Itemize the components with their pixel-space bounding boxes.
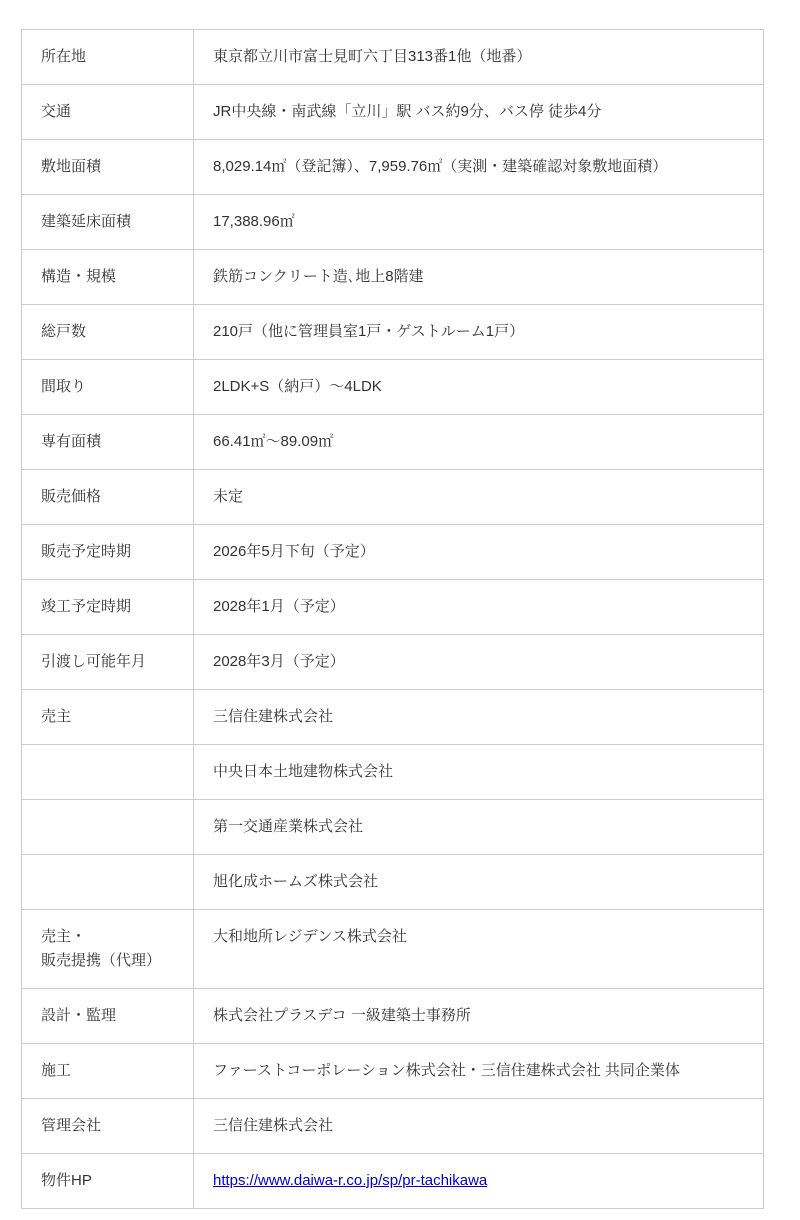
row-label: 竣工予定時期 [22, 580, 194, 634]
table-row: 管理会社三信住建株式会社 [22, 1099, 763, 1154]
row-label: 販売価格 [22, 470, 194, 524]
property-details-table: 所在地東京都立川市富士見町六丁目313番1他（地番）交通JR中央線・南武線「立川… [21, 29, 764, 1209]
row-value: 8,029.14㎡（登記簿）、7,959.76㎡（実測・建築確認対象敷地面積） [194, 140, 763, 194]
row-value: 大和地所レジデンス株式会社 [194, 910, 763, 988]
table-row: 交通JR中央線・南武線「立川」駅 バス約9分、バス停 徒歩4分 [22, 85, 763, 140]
table-row: 売主三信住建株式会社 [22, 690, 763, 745]
table-row: 中央日本土地建物株式会社 [22, 745, 763, 800]
row-label: 交通 [22, 85, 194, 139]
table-row: 売主・ 販売提携（代理）大和地所レジデンス株式会社 [22, 910, 763, 989]
row-value: 三信住建株式会社 [194, 1099, 763, 1153]
table-row: 引渡し可能年月2028年3月（予定） [22, 635, 763, 690]
row-value: https://www.daiwa-r.co.jp/sp/pr-tachikaw… [194, 1154, 763, 1208]
row-value: 2LDK+S（納戸）〜4LDK [194, 360, 763, 414]
row-label: 専有面積 [22, 415, 194, 469]
row-label: 管理会社 [22, 1099, 194, 1153]
row-label: 設計・監理 [22, 989, 194, 1043]
table-row: 敷地面積8,029.14㎡（登記簿）、7,959.76㎡（実測・建築確認対象敷地… [22, 140, 763, 195]
row-label [22, 745, 194, 799]
row-value: 66.41㎡〜89.09㎡ [194, 415, 763, 469]
row-value: 210戸（他に管理員室1戸・ゲストルーム1戸） [194, 305, 763, 359]
row-value: 鉄筋コンクリート造､地上8階建 [194, 250, 763, 304]
row-value: 三信住建株式会社 [194, 690, 763, 744]
row-label: 施工 [22, 1044, 194, 1098]
row-value: 2028年3月（予定） [194, 635, 763, 689]
table-row: 竣工予定時期2028年1月（予定） [22, 580, 763, 635]
row-value: 東京都立川市富士見町六丁目313番1他（地番） [194, 30, 763, 84]
table-row: 専有面積66.41㎡〜89.09㎡ [22, 415, 763, 470]
row-value: 第一交通産業株式会社 [194, 800, 763, 854]
row-label: 引渡し可能年月 [22, 635, 194, 689]
row-label: 敷地面積 [22, 140, 194, 194]
row-label [22, 800, 194, 854]
row-value: 旭化成ホームズ株式会社 [194, 855, 763, 909]
row-value: 中央日本土地建物株式会社 [194, 745, 763, 799]
table-row: 間取り2LDK+S（納戸）〜4LDK [22, 360, 763, 415]
row-label: 総戸数 [22, 305, 194, 359]
row-value: 17,388.96㎡ [194, 195, 763, 249]
row-label: 間取り [22, 360, 194, 414]
row-label [22, 855, 194, 909]
table-row: 所在地東京都立川市富士見町六丁目313番1他（地番） [22, 30, 763, 85]
table-row: 旭化成ホームズ株式会社 [22, 855, 763, 910]
row-value: 株式会社プラスデコ 一級建築士事務所 [194, 989, 763, 1043]
row-value: 2028年1月（予定） [194, 580, 763, 634]
table-row: 第一交通産業株式会社 [22, 800, 763, 855]
row-value: ファーストコーポレーション株式会社・三信住建株式会社 共同企業体 [194, 1044, 763, 1098]
row-label: 物件HP [22, 1154, 194, 1208]
table-row: 販売価格未定 [22, 470, 763, 525]
table-row: 設計・監理株式会社プラスデコ 一級建築士事務所 [22, 989, 763, 1044]
row-label: 所在地 [22, 30, 194, 84]
table-row: 販売予定時期2026年5月下旬（予定） [22, 525, 763, 580]
row-label: 売主 [22, 690, 194, 744]
row-label: 売主・ 販売提携（代理） [22, 910, 194, 988]
property-site-link[interactable]: https://www.daiwa-r.co.jp/sp/pr-tachikaw… [213, 1172, 487, 1189]
table-row: 構造・規模鉄筋コンクリート造､地上8階建 [22, 250, 763, 305]
table-row: 建築延床面積17,388.96㎡ [22, 195, 763, 250]
table-row: 物件HPhttps://www.daiwa-r.co.jp/sp/pr-tach… [22, 1154, 763, 1208]
row-label: 構造・規模 [22, 250, 194, 304]
table-row: 総戸数210戸（他に管理員室1戸・ゲストルーム1戸） [22, 305, 763, 360]
row-value: 未定 [194, 470, 763, 524]
row-value: JR中央線・南武線「立川」駅 バス約9分、バス停 徒歩4分 [194, 85, 763, 139]
page: 所在地東京都立川市富士見町六丁目313番1他（地番）交通JR中央線・南武線「立川… [0, 0, 800, 1209]
row-label: 販売予定時期 [22, 525, 194, 579]
row-label: 建築延床面積 [22, 195, 194, 249]
table-row: 施工ファーストコーポレーション株式会社・三信住建株式会社 共同企業体 [22, 1044, 763, 1099]
row-value: 2026年5月下旬（予定） [194, 525, 763, 579]
